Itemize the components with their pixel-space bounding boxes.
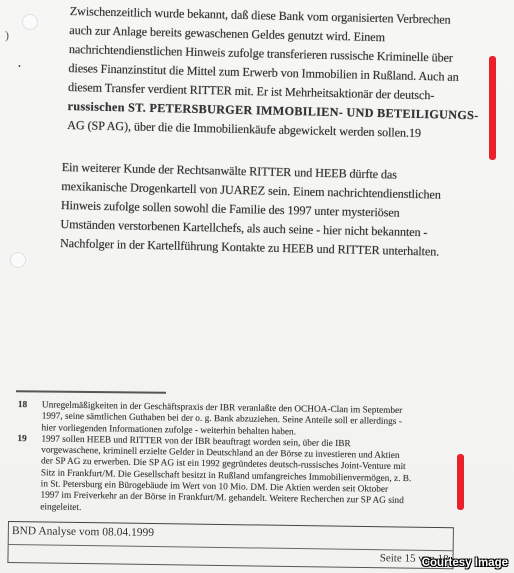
- punch-hole: [10, 252, 26, 268]
- margin-mark: ): [5, 28, 9, 43]
- margin-mark: •: [18, 62, 21, 71]
- footnote-number: 19: [16, 434, 41, 513]
- footnotes: 18 Unregelmäßigkeiten in der Geschäftspr…: [16, 400, 458, 520]
- footnote-number: 18: [17, 400, 42, 434]
- highlight-bar: [457, 454, 464, 510]
- body-paragraph-1: Zwischenzeitlich wurde bekannt, daß dies…: [67, 2, 470, 144]
- body-paragraph-2: Ein weiterer Kunde der Rechtsanwälte RIT…: [60, 158, 470, 262]
- punch-hole: [22, 14, 38, 30]
- footnote-divider: [16, 390, 166, 394]
- highlight-bar: [489, 56, 496, 160]
- page-footer: BND Analyse vom 08.04.1999 Seite 15 von …: [7, 521, 454, 569]
- footer-divider: [9, 544, 453, 551]
- courtesy-watermark: Courtesy Image: [422, 557, 508, 569]
- scanned-document-page: ) • Zwischenzeitlich wurde bekannt, daß …: [0, 0, 514, 573]
- footnote-19: 19 1997 sollen HEEB und RITTER von der I…: [16, 434, 457, 520]
- footer-document-title: BND Analyse vom 08.04.1999: [12, 525, 154, 539]
